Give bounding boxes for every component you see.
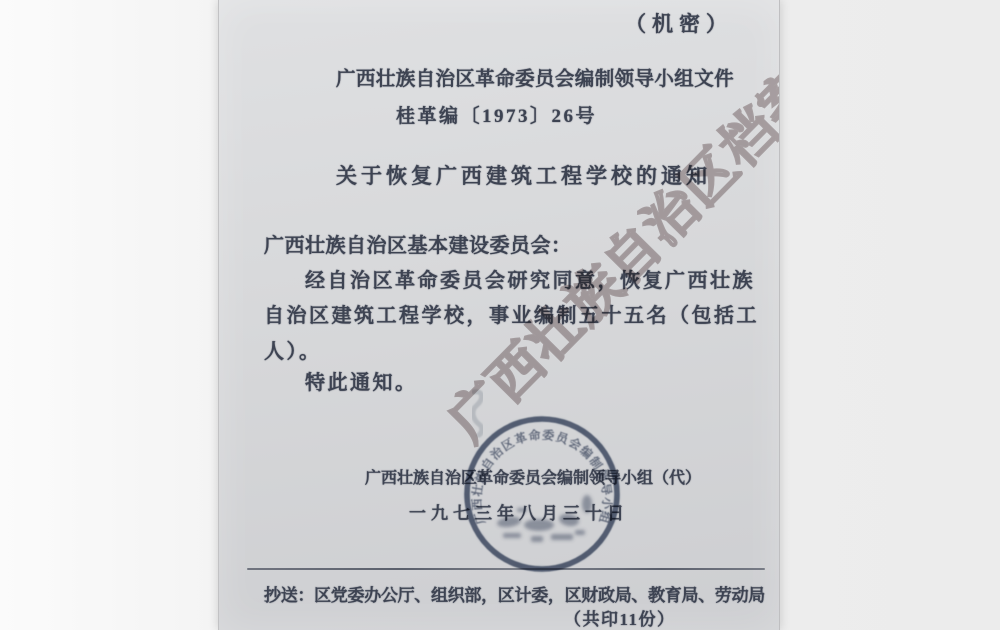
document-number: 桂革编〔1973〕26号 xyxy=(396,101,597,128)
body-line-4: 特此通知。 xyxy=(305,366,418,395)
print-count-label: （共印11份） xyxy=(564,605,676,630)
official-seal: 广西壮族自治区革命委员会编制领导小组 xyxy=(457,410,627,580)
scanned-document-photo: { "colors":{ "background":"#f1f1f1", "pa… xyxy=(0,0,1000,630)
classification-label: （机密） xyxy=(625,8,733,38)
salutation-line: 广西壮族自治区基本建设委员会： xyxy=(264,229,572,258)
seal-ink-smudges xyxy=(496,495,592,542)
body-line-3: 人）。 xyxy=(264,335,322,364)
body-line-1: 经自治区革命委员会研究同意，恢复广西壮族 xyxy=(305,264,755,293)
issuing-org-title: 广西壮族自治区革命委员会编制领导小组文件 xyxy=(336,63,734,91)
cc-distribution-line: 抄送：区党委办公厅、组织部，区计委，区财政局、教育局、劳动局 xyxy=(264,581,765,606)
document-page: （机密） 广西壮族自治区革命委员会编制领导小组文件 桂革编〔1973〕26号 关… xyxy=(218,0,780,630)
